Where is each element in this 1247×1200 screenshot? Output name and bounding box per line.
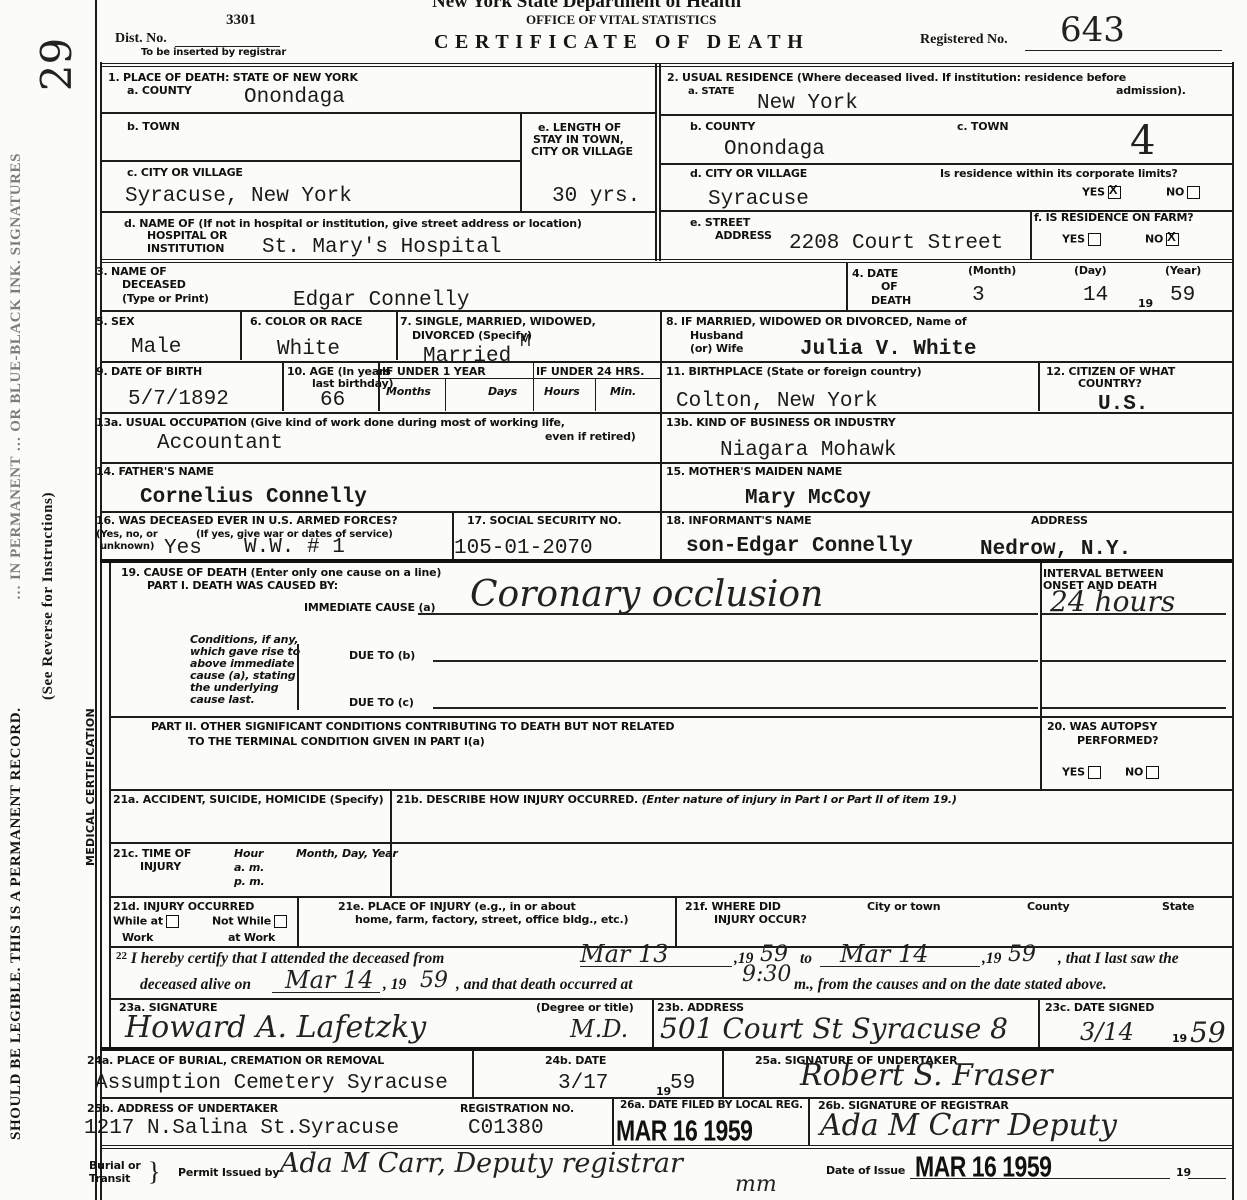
cause-heading: 19. CAUSE OF DEATH (Enter only one cause… bbox=[121, 567, 441, 578]
dist-no-value: 3301 bbox=[226, 12, 256, 29]
corporate-limits-label: Is residence within its corporate limits… bbox=[940, 168, 1178, 179]
col-divider bbox=[520, 112, 522, 212]
row-divider bbox=[100, 361, 1232, 363]
autopsy-label-1: 20. WAS AUTOPSY bbox=[1047, 721, 1157, 732]
cert-text-2b: , 19 bbox=[383, 976, 406, 994]
farm-yes-checkbox[interactable] bbox=[1088, 233, 1101, 246]
corporate-yes-label: YES bbox=[1082, 186, 1105, 199]
form-left-border bbox=[95, 0, 97, 1200]
cert-text-2d: m., from the causes and on the date stat… bbox=[794, 976, 1107, 994]
autopsy-no[interactable]: NO bbox=[1125, 766, 1159, 779]
immediate-cause-label: IMMEDIATE CAUSE (a) bbox=[304, 602, 435, 613]
hospital-label-2: HOSPITAL OR bbox=[147, 230, 227, 241]
medical-cert-border bbox=[109, 563, 111, 1047]
permit-label-1: Burial or bbox=[89, 1160, 141, 1171]
row-divider bbox=[100, 310, 1232, 312]
death-city-value: Syracuse, New York bbox=[125, 186, 352, 208]
days-label: Days bbox=[488, 386, 517, 397]
due-to-c-line bbox=[433, 707, 1038, 709]
row-divider bbox=[110, 998, 1232, 1000]
part2-label-2: TO THE TERMINAL CONDITION GIVEN IN PART … bbox=[188, 736, 485, 747]
accident-label: 21a. ACCIDENT, SUICIDE, HOMICIDE (Specif… bbox=[113, 794, 383, 805]
col-divider bbox=[445, 378, 446, 411]
col-divider bbox=[675, 896, 677, 946]
col-divider bbox=[396, 310, 398, 360]
age-label-1: 10. AGE (In years bbox=[287, 366, 391, 377]
permit-issued-label: Permit Issued by bbox=[178, 1167, 279, 1178]
marital-code: M bbox=[520, 331, 531, 353]
interval-label-1: INTERVAL BETWEEN bbox=[1043, 568, 1163, 579]
time-of-injury-label-1: 21c. TIME OF bbox=[113, 848, 191, 859]
date-filed-stamp: MAR 16 1959 bbox=[616, 1114, 752, 1148]
hours-label: Hours bbox=[544, 386, 580, 397]
form-right-border bbox=[1232, 62, 1234, 1200]
informant-address-label: ADDRESS bbox=[1031, 515, 1088, 526]
col-divider bbox=[652, 998, 654, 1048]
row-divider bbox=[660, 163, 1232, 165]
place-of-injury-label-2: home, farm, factory, street, office bldg… bbox=[355, 914, 628, 925]
row-divider bbox=[110, 946, 1232, 948]
row-divider bbox=[110, 842, 1232, 844]
street-label-2: ADDRESS bbox=[715, 230, 772, 241]
time-of-injury-label-2: INJURY bbox=[140, 861, 181, 872]
undertaker-address-value: 1217 N.Salina St.Syracuse bbox=[84, 1118, 399, 1140]
header-divider bbox=[100, 63, 1232, 64]
interval-divider bbox=[1040, 563, 1042, 717]
spouse-value: Julia V. White bbox=[800, 339, 976, 361]
street-value: 2208 Court Street bbox=[789, 233, 1003, 255]
certificate-title: CERTIFICATE OF DEATH bbox=[434, 31, 809, 54]
registration-no-value: C01380 bbox=[468, 1118, 544, 1140]
death-day-value: 14 bbox=[1083, 285, 1108, 307]
date-signed-year: 59 bbox=[1190, 1016, 1226, 1049]
while-at-work[interactable]: While at bbox=[113, 915, 179, 928]
mother-value: Mary McCoy bbox=[745, 488, 871, 510]
occupation-label-2: even if retired) bbox=[545, 431, 636, 442]
col-divider bbox=[533, 361, 534, 411]
cert-text-1c: to bbox=[800, 950, 812, 968]
autopsy-yes-label: YES bbox=[1062, 766, 1085, 779]
undertaker-signature-value: Robert S. Fraser bbox=[800, 1058, 1053, 1093]
burial-date-label: 24b. DATE bbox=[545, 1055, 606, 1066]
conditions-note-0: Conditions, if any, bbox=[190, 634, 298, 645]
part2-label-1: PART II. OTHER SIGNIFICANT CONDITIONS CO… bbox=[151, 721, 674, 732]
col-divider bbox=[595, 378, 596, 411]
conditions-note-2: above immediate bbox=[190, 658, 294, 669]
margin-instruction-2: … IN PERMANENT … OR BLUE-BLACK INK. SIGN… bbox=[8, 153, 25, 600]
dist-no-label: Dist. No. bbox=[115, 31, 167, 47]
place-of-death-heading: 1. PLACE OF DEATH: STATE OF NEW YORK bbox=[108, 72, 358, 83]
undertaker-address-label: 25b. ADDRESS OF UNDERTAKER bbox=[87, 1103, 278, 1114]
row-divider bbox=[100, 211, 655, 213]
hospital-label-1: d. NAME OF (If not in hospital or instit… bbox=[124, 218, 582, 229]
under-1-year-label: IF UNDER 1 YEAR bbox=[382, 366, 485, 377]
date-of-death-label-3: DEATH bbox=[871, 295, 911, 306]
part1-label: PART I. DEATH WAS CAUSED BY: bbox=[147, 580, 338, 591]
death-year-value: 59 bbox=[1170, 285, 1195, 307]
dob-label: 9. DATE OF BIRTH bbox=[96, 366, 202, 377]
physician-signature-value: Howard A. Lafetzky bbox=[125, 1010, 426, 1045]
residence-state-value: New York bbox=[757, 93, 858, 115]
autopsy-no-checkbox[interactable] bbox=[1146, 766, 1159, 779]
where-injury-label-1: 21f. WHERE DID bbox=[685, 901, 781, 912]
sub-divider bbox=[378, 378, 660, 379]
date-of-death-label-1: 4. DATE bbox=[852, 268, 898, 279]
farm-no[interactable]: NO bbox=[1145, 233, 1179, 246]
months-label: Months bbox=[386, 386, 431, 397]
row-divider bbox=[110, 716, 1232, 718]
ssn-label: 17. SOCIAL SECURITY NO. bbox=[467, 515, 621, 526]
permit-issued-value: Ada M Carr, Deputy registrar bbox=[280, 1148, 683, 1179]
date-of-death-label-2: OF bbox=[881, 281, 897, 292]
to-date-line bbox=[820, 966, 980, 967]
citizen-label-1: 12. CITIZEN OF WHAT bbox=[1046, 366, 1175, 377]
corporate-limits-no[interactable]: NO bbox=[1166, 186, 1200, 199]
farm-label: f. IS RESIDENCE ON FARM? bbox=[1034, 212, 1193, 223]
cert-text-1a: I hereby certify that I attended the dec… bbox=[131, 950, 444, 967]
while-at-work-checkbox[interactable] bbox=[166, 915, 179, 928]
from-date-line bbox=[580, 966, 732, 967]
row-divider bbox=[110, 789, 1232, 791]
date-signed-label: 23c. DATE SIGNED bbox=[1045, 1002, 1154, 1013]
row-divider bbox=[100, 412, 1232, 414]
occupation-label-1: 13a. USUAL OCCUPATION (Give kind of work… bbox=[96, 417, 565, 428]
time-of-death-value: 9:30 bbox=[742, 962, 791, 987]
row-divider bbox=[100, 462, 1232, 464]
place-of-injury-label-1: 21e. PLACE OF INJURY (e.g., in or about bbox=[338, 901, 576, 912]
industry-label: 13b. KIND OF BUSINESS OR INDUSTRY bbox=[666, 417, 896, 428]
injury-occurred-label: 21d. INJURY OCCURRED bbox=[113, 901, 254, 912]
immediate-cause-value: Coronary occlusion bbox=[470, 574, 823, 615]
medical-certification-label: MEDICAL CERTIFICATION bbox=[84, 708, 97, 866]
last-seen-year: 59 bbox=[420, 968, 448, 993]
month-label: (Month) bbox=[968, 265, 1016, 276]
row-divider bbox=[110, 896, 1232, 898]
residence-city-value: Syracuse bbox=[708, 189, 809, 211]
not-while-checkbox[interactable] bbox=[274, 915, 287, 928]
residence-town-label: c. TOWN bbox=[957, 121, 1008, 132]
col-divider bbox=[240, 310, 242, 360]
pm-label: p. m. bbox=[234, 876, 265, 887]
corporate-no-checkbox[interactable] bbox=[1187, 186, 1200, 199]
row-divider bbox=[100, 112, 655, 114]
not-while-at-work[interactable]: Not While bbox=[212, 915, 287, 928]
death-county-label: a. COUNTY bbox=[127, 85, 192, 96]
registered-no-line bbox=[1025, 50, 1222, 51]
conditions-note-1: which gave rise to bbox=[190, 646, 300, 657]
length-of-stay-label-3: CITY OR VILLAGE bbox=[531, 146, 633, 157]
registered-no-label: Registered No. bbox=[920, 32, 1008, 48]
death-county-value: Onondaga bbox=[244, 87, 345, 109]
col-divider bbox=[1038, 361, 1040, 411]
hospital-value: St. Mary's Hospital bbox=[262, 237, 501, 259]
under-24-hrs-label: IF UNDER 24 HRS. bbox=[536, 366, 644, 377]
section-divider bbox=[100, 1047, 1232, 1051]
conditions-note-4: the underlying bbox=[190, 682, 278, 693]
while-at-work-label-2: Work bbox=[122, 932, 153, 943]
attended-to-year: 59 bbox=[1008, 942, 1036, 967]
handwritten-page-number: 29 bbox=[32, 38, 81, 91]
describe-injury-note: (Enter nature of injury in Part I or Par… bbox=[642, 793, 957, 806]
not-while-label-2: at Work bbox=[228, 932, 275, 943]
armed-forces-sub-1: (Yes, no, or bbox=[96, 530, 158, 540]
injury-county-label: County bbox=[1027, 901, 1070, 912]
not-while-label: Not While bbox=[212, 915, 271, 928]
informant-label: 18. INFORMANT'S NAME bbox=[666, 515, 811, 526]
injury-city-label: City or town bbox=[867, 901, 940, 912]
cert-text-1d: ,19 bbox=[982, 950, 1001, 968]
spouse-label-3: (or) Wife bbox=[690, 343, 743, 354]
residence-state-label: a. STATE bbox=[688, 87, 734, 97]
armed-forces-sub-2: unknown) bbox=[100, 542, 154, 552]
col-divider bbox=[722, 1050, 724, 1097]
farm-no-checkbox[interactable] bbox=[1166, 233, 1179, 246]
describe-injury-label: 21b. DESCRIBE HOW INJURY OCCURRED. (Ente… bbox=[396, 794, 957, 805]
dob-value: 5/7/1892 bbox=[128, 389, 229, 411]
last-seen-line bbox=[272, 992, 380, 993]
trailing-year-label: 19 bbox=[1176, 1167, 1191, 1178]
year-label: (Year) bbox=[1165, 265, 1201, 276]
informant-address-value: Nedrow, N.Y. bbox=[980, 539, 1131, 561]
residence-town-value: 4 bbox=[1130, 118, 1155, 164]
margin-instruction-1: SHOULD BE LEGIBLE. THIS IS A PERMANENT R… bbox=[8, 707, 25, 1140]
occupation-value: Accountant bbox=[157, 433, 283, 455]
length-of-stay-label-1: e. LENGTH OF bbox=[538, 122, 621, 133]
interval-line-c bbox=[1042, 707, 1226, 709]
length-of-stay-value: 30 yrs. bbox=[552, 186, 640, 208]
death-town-label: b. TOWN bbox=[127, 121, 180, 132]
death-city-label: c. CITY OR VILLAGE bbox=[127, 167, 243, 178]
age-label-2: last birthday) bbox=[312, 378, 393, 389]
hour-label: Hour bbox=[234, 848, 263, 859]
due-to-b-label: DUE TO (b) bbox=[349, 650, 415, 661]
section-divider bbox=[100, 559, 1232, 563]
autopsy-no-label: NO bbox=[1125, 766, 1143, 779]
burial-place-value: Assumption Cemetery Syracuse bbox=[95, 1073, 448, 1095]
birthplace-value: Colton, New York bbox=[676, 391, 878, 413]
farm-yes-label: YES bbox=[1062, 233, 1085, 246]
row-divider bbox=[100, 1145, 1232, 1146]
permit-brace: } bbox=[148, 1157, 160, 1187]
length-of-stay-label-2: STAY IN TOWN, bbox=[533, 134, 624, 145]
deceased-name-label-1: 3. NAME OF bbox=[96, 266, 167, 277]
cert-num: 22 bbox=[116, 950, 127, 962]
registered-no-value: 643 bbox=[1060, 10, 1125, 50]
citizen-label-2: COUNTRY? bbox=[1078, 378, 1142, 389]
spouse-label-1: 8. IF MARRIED, WIDOWED OR DIVORCED, Name… bbox=[666, 316, 966, 327]
col-divider bbox=[297, 896, 299, 946]
race-value: White bbox=[277, 339, 340, 361]
age-value: 66 bbox=[320, 390, 345, 412]
office-title: OFFICE OF VITAL STATISTICS bbox=[526, 12, 716, 28]
autopsy-yes[interactable]: YES bbox=[1062, 766, 1101, 779]
date-filed-label: 26a. DATE FILED BY LOCAL REG. bbox=[620, 1100, 803, 1111]
col-divider bbox=[612, 1097, 614, 1145]
death-year-prefix: 19 bbox=[1138, 298, 1153, 309]
armed-forces-label: 16. WAS DECEASED EVER IN U.S. ARMED FORC… bbox=[96, 515, 397, 526]
father-label: 14. FATHER'S NAME bbox=[96, 466, 214, 477]
registration-no-label: REGISTRATION NO. bbox=[460, 1103, 574, 1114]
col-divider bbox=[282, 361, 284, 411]
date-signed-year-prefix: 19 bbox=[1172, 1033, 1187, 1044]
autopsy-label-2: PERFORMED? bbox=[1077, 735, 1158, 746]
farm-divider bbox=[1030, 210, 1032, 260]
hospital-label-3: INSTITUTION bbox=[147, 243, 224, 254]
ssn-value: 105-01-2070 bbox=[454, 538, 593, 560]
cert-text-2c: , and that death occurred at bbox=[456, 976, 633, 994]
due-to-b-line bbox=[433, 660, 1038, 662]
attended-from-date: Mar 13 bbox=[580, 940, 669, 968]
autopsy-yes-checkbox[interactable] bbox=[1088, 766, 1101, 779]
sex-value: Male bbox=[131, 337, 181, 359]
conditions-note-5: cause last. bbox=[190, 694, 255, 705]
street-label-1: e. STREET bbox=[690, 217, 750, 228]
due-to-c-label: DUE TO (c) bbox=[349, 697, 414, 708]
deceased-name-label-2: DECEASED bbox=[122, 279, 186, 290]
date-of-issue-stamp: MAR 16 1959 bbox=[915, 1150, 1051, 1184]
residence-heading: 2. USUAL RESIDENCE (Where deceased lived… bbox=[667, 72, 1126, 83]
attended-to-date: Mar 14 bbox=[840, 940, 929, 968]
birthplace-label: 11. BIRTHPLACE (State or foreign country… bbox=[666, 366, 921, 377]
permit-initials: mm bbox=[735, 1172, 777, 1197]
autopsy-divider bbox=[1040, 716, 1042, 790]
min-label: Min. bbox=[610, 386, 636, 397]
residence-city-label: d. CITY OR VILLAGE bbox=[690, 168, 807, 179]
deceased-name-label-3: (Type or Print) bbox=[122, 293, 209, 304]
section-divider-2 bbox=[659, 63, 661, 261]
col-divider bbox=[808, 1097, 810, 1145]
col-divider bbox=[846, 262, 848, 312]
farm-no-label: NO bbox=[1145, 233, 1163, 246]
describe-injury-label-text: 21b. DESCRIBE HOW INJURY OCCURRED. bbox=[396, 793, 638, 806]
injury-state-label: State bbox=[1162, 901, 1194, 912]
conditions-note-3: cause (a), stating bbox=[190, 670, 295, 681]
where-injury-label-2: INJURY OCCUR? bbox=[714, 914, 807, 925]
cert-text-2a: deceased alive on bbox=[140, 976, 251, 994]
mdy-label: Month, Day, Year bbox=[296, 848, 398, 859]
armed-forces-value: Yes bbox=[164, 538, 202, 560]
burial-year-prefix: 19 bbox=[656, 1086, 671, 1097]
row-divider bbox=[660, 114, 1232, 116]
degree-label: (Degree or title) bbox=[536, 1002, 634, 1013]
burial-year-value: 59 bbox=[670, 1073, 695, 1095]
physician-address-value: 501 Court St Syracuse 8 bbox=[660, 1012, 1008, 1045]
col-divider bbox=[378, 361, 380, 411]
interval-line-b bbox=[1042, 660, 1226, 662]
margin-instruction-3: (See Reverse for Instructions) bbox=[40, 492, 57, 700]
informant-value: son-Edgar Connelly bbox=[686, 536, 913, 558]
mother-label: 15. MOTHER'S MAIDEN NAME bbox=[666, 466, 842, 477]
interval-line-a bbox=[1042, 613, 1226, 615]
permit-label-2: Transit bbox=[89, 1173, 130, 1184]
certification-line-1: 22 I hereby certify that I attended the … bbox=[116, 950, 444, 968]
spouse-label-2: Husband bbox=[690, 330, 743, 341]
date-of-issue-label: Date of Issue bbox=[826, 1165, 905, 1176]
corporate-limits-yes[interactable]: YES bbox=[1082, 186, 1121, 199]
row-divider bbox=[100, 160, 520, 162]
burial-place-label: 24a. PLACE OF BURIAL, CREMATION OR REMOV… bbox=[87, 1055, 384, 1066]
col-divider bbox=[1038, 998, 1040, 1048]
race-label: 6. COLOR OR RACE bbox=[250, 316, 362, 327]
last-seen-date: Mar 14 bbox=[285, 966, 374, 994]
death-month-value: 3 bbox=[972, 285, 985, 307]
date-signed-value: 3/14 bbox=[1080, 1018, 1134, 1046]
residence-county-label: b. COUNTY bbox=[690, 121, 755, 132]
corporate-yes-checkbox[interactable] bbox=[1108, 186, 1121, 199]
sex-label: 5. SEX bbox=[96, 316, 134, 327]
degree-value: M.D. bbox=[570, 1015, 628, 1043]
registrar-signature-value: Ada M Carr Deputy bbox=[820, 1108, 1117, 1143]
industry-value: Niagara Mohawk bbox=[720, 440, 896, 462]
cert-text-1e: , that I last saw the bbox=[1058, 950, 1179, 968]
marital-label-1: 7. SINGLE, MARRIED, WIDOWED, bbox=[400, 316, 596, 327]
marital-label-2: DIVORCED (Specify) bbox=[412, 330, 532, 341]
form-left-border-inner bbox=[100, 62, 102, 1200]
war-value: W.W. # 1 bbox=[244, 537, 345, 559]
trailing-year-line bbox=[1188, 1178, 1226, 1179]
while-at-work-label: While at bbox=[113, 915, 163, 928]
deceased-name-value: Edgar Connelly bbox=[293, 290, 469, 312]
father-value: Cornelius Connelly bbox=[140, 487, 367, 509]
am-label: a. m. bbox=[234, 862, 264, 873]
burial-date-value: 3/17 bbox=[558, 1073, 608, 1095]
corporate-no-label: NO bbox=[1166, 186, 1184, 199]
day-label: (Day) bbox=[1074, 265, 1106, 276]
farm-yes[interactable]: YES bbox=[1062, 233, 1101, 246]
dist-no-note: To be inserted by registrar bbox=[141, 48, 286, 58]
row-divider bbox=[100, 511, 1232, 513]
residence-heading-2: admission). bbox=[1116, 85, 1186, 96]
conditions-divider bbox=[297, 644, 299, 710]
section-divider bbox=[660, 310, 662, 560]
residence-county-value: Onondaga bbox=[724, 139, 825, 161]
section-divider bbox=[655, 63, 657, 261]
col-divider bbox=[472, 1050, 474, 1097]
section-divider bbox=[100, 259, 1232, 260]
